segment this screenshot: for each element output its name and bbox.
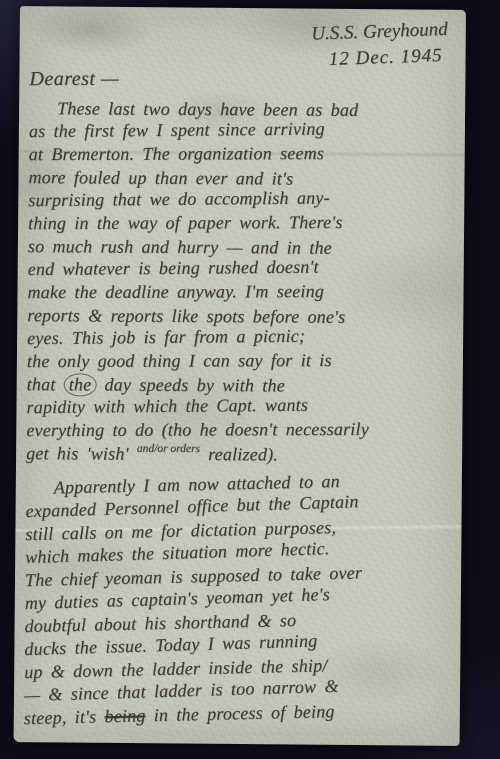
letter-line: thing in the way of paper work. There's [28, 211, 452, 235]
letter-line: everything to do (tho he doesn't necessa… [26, 418, 450, 442]
letter-paragraph: Apparently I am now attached to anexpand… [24, 477, 450, 734]
letter-line: at Bremerton. The organization seems [29, 142, 453, 166]
letter-line: as the first few I spent since arriving [29, 116, 453, 143]
letter-text: that [27, 374, 64, 394]
scan-background: U.S.S. Greyhound 12 Dec. 1945 Dearest — … [0, 0, 500, 759]
letter-line: get his 'wish' and/or orders realized). [26, 442, 450, 470]
letter-text: everything to do (tho he doesn't necessa… [26, 419, 369, 440]
letter-text: in the process of being [145, 701, 335, 725]
letter-text: eyes. This job is far from a picnic; [27, 326, 305, 348]
salutation: Dearest — [29, 64, 453, 92]
letter-text: as the first few I spent since arriving [29, 119, 325, 142]
letter-text: These last two days have been as bad [57, 98, 358, 120]
letter-text: get his 'wish' [26, 443, 137, 464]
letter-text: at Bremerton. The organization seems [29, 143, 324, 164]
struck-word: being [104, 705, 145, 726]
inserted-text: and/or orders [137, 443, 200, 455]
letter-line: rapidity with which the Capt. wants [26, 392, 450, 419]
letter-line: surprising that we do accomplish any- [28, 185, 452, 212]
letter-text: day speeds by with the [96, 374, 285, 395]
letter-text: realized). [200, 444, 278, 464]
letter-text: so much rush and hurry — and in the [28, 236, 332, 258]
letter-text: the only good thing I can say for it is [27, 350, 332, 371]
letter-paragraph: These last two days have been as badas t… [26, 97, 453, 472]
letter-line: end whatever is being rushed doesn't [28, 254, 452, 281]
letter-text: make the deadline anyway. I'm seeing [27, 281, 324, 302]
letter-page: U.S.S. Greyhound 12 Dec. 1945 Dearest — … [14, 6, 466, 746]
letter-text: reports & reports like spots before one'… [27, 305, 345, 327]
letter-text: thing in the way of paper work. There's [28, 212, 343, 233]
letter-line: make the deadline anyway. I'm seeing [27, 280, 451, 304]
letter-text: surprising that we do accomplish any- [28, 188, 330, 211]
circled-word: the [64, 373, 97, 396]
letter-line: the only good thing I can say for it is [27, 349, 451, 373]
letter-body: These last two days have been as badas t… [24, 97, 454, 734]
letter-text: end whatever is being rushed doesn't [28, 257, 319, 280]
letter-text: rapidity with which the Capt. wants [26, 395, 308, 417]
letter-text: steep, it's [24, 706, 105, 728]
letter-text: more fouled up than ever and it's [28, 167, 293, 188]
letter-line: eyes. This job is far from a picnic; [27, 323, 451, 350]
